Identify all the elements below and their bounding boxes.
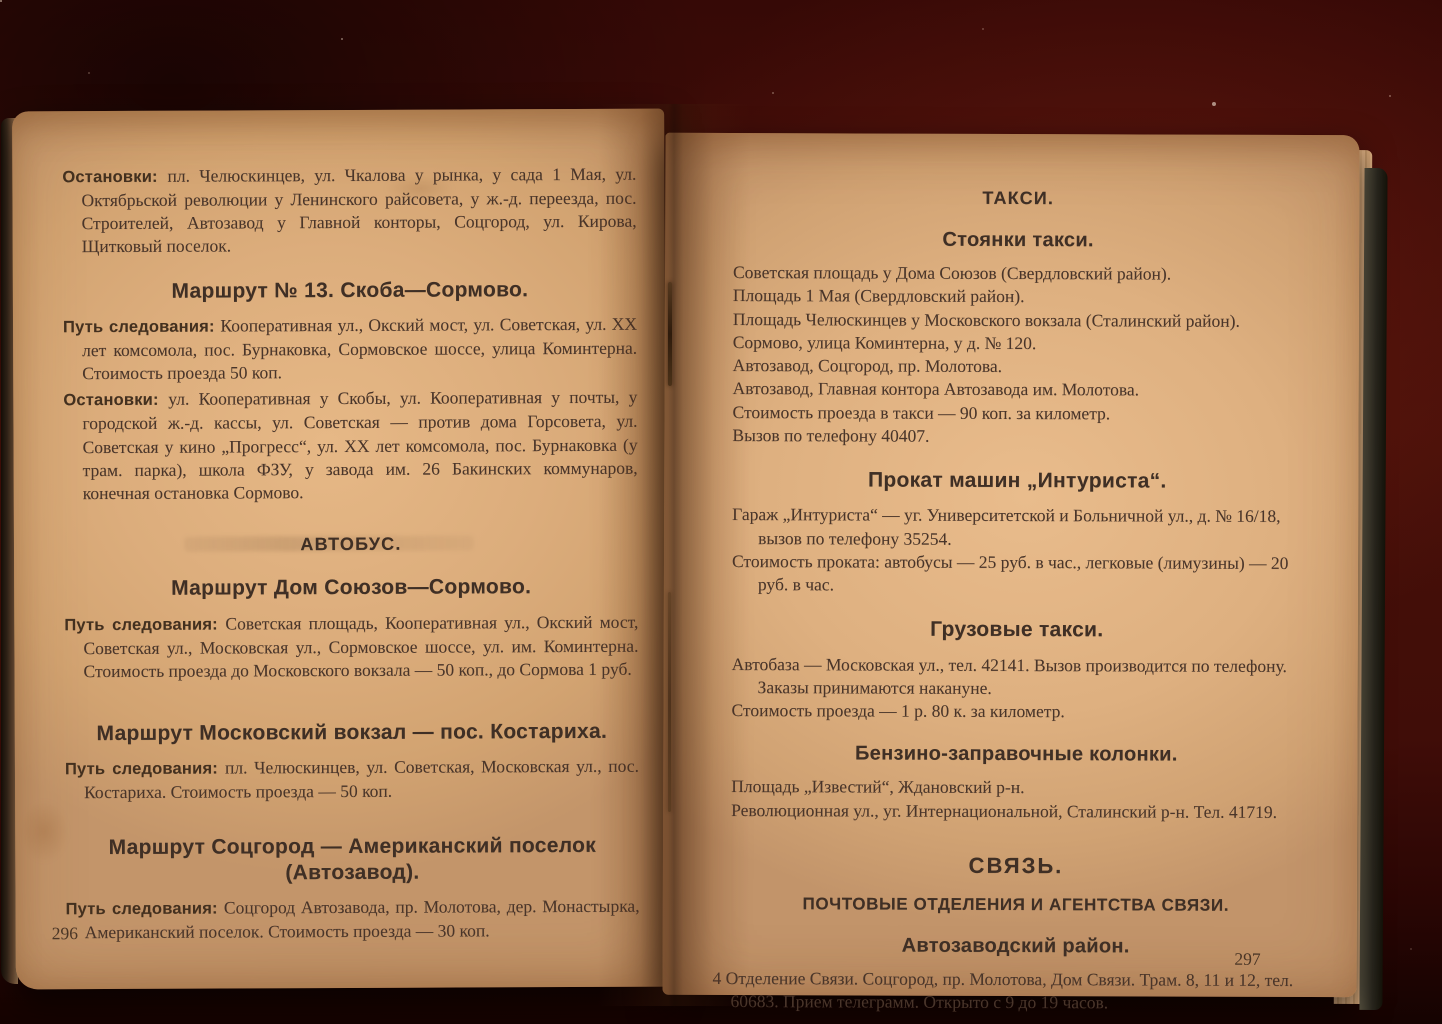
paragraph-text: Гараж „Интуриста“ — уг. Университетской … [732,504,1280,548]
heading: Маршрут № 13. Скоба—Сормово. [63,276,637,305]
paragraph: Путь следования: Кооперативная ул., Окск… [63,313,637,386]
paragraph-text: Революционная ул., уг. Интернациональной… [731,800,1277,822]
entry-number: 4 [713,968,726,988]
paragraph-text: Стоимость проката: автобусы — 25 руб. в … [732,551,1288,595]
paragraph-text: Стоимость проезда — 1 р. 80 к. за киломе… [731,700,1064,721]
list-entry: Площадь 1 Мая (Свердловский район). [733,284,1303,309]
heading: ПОЧТОВЫЕ ОТДЕЛЕНИЯ И АГЕНТСТВА СВЯЗИ. [731,894,1301,916]
heading: Бензино-заправочные колонки. [731,743,1301,768]
paragraph-text: Вызов по телефону 40407. [732,425,929,446]
page-number-right: 297 [1234,949,1260,970]
numbered-entry: 4 Отделение Связи. Соцгород, пр. Молотов… [712,967,1300,1016]
heading: Грузовые такси. [732,616,1302,644]
binding-thread [668,592,671,812]
paragraph-text: Автозавод, Главная контора Автозавода им… [733,378,1140,399]
list-entry: Вызов по телефону 40407. [732,424,1302,449]
paper-stain [19,799,69,863]
heading: Маршрут Соцгород — Американский поселок … [65,832,639,887]
right-page-text-column: ТАКСИ.Стоянки такси.Советская площадь у … [730,187,1303,1016]
list-entry: Советская площадь у Дома Союзов (Свердло… [733,261,1303,286]
paragraph-text: Площадь „Известий“, Ждановский р-н. [731,777,1024,798]
list-entry: Гараж „Интуриста“ — уг. Университетской … [732,503,1302,552]
list-entry: Автозавод, Соцгород, пр. Молотова. [733,354,1303,379]
paragraph-text: Советская площадь у Дома Союзов (Свердло… [733,262,1171,284]
list-entry: Сормово, улица Коминтерна, у д. № 120. [733,331,1303,356]
list-entry: Площадь Челюскинцев у Московского вокзал… [733,308,1303,333]
heading: СВЯЗЬ. [731,852,1301,880]
paragraph-lead: Остановки: [63,391,168,409]
paragraph-text: Автобаза — Московская ул., тел. 42141. В… [732,654,1287,698]
heading: ТАКСИ. [733,187,1303,210]
paragraph-lead: Путь следования: [64,615,225,634]
binding-thread [668,282,672,386]
dust-specks [0,0,2,2]
heading: Стоянки такси. [733,228,1303,253]
paragraph-text: Площадь Челюскинцев у Московского вокзал… [733,309,1240,331]
list-entry: Стоимость проката: автобусы — 25 руб. в … [732,550,1302,599]
paragraph: Остановки: ул. Кооперативная у Скобы, ул… [63,386,638,506]
list-entry: Автобаза — Московская ул., тел. 42141. В… [732,653,1302,702]
left-page: Остановки: пл. Челюскинцев, ул. Чкалова … [12,109,668,990]
paragraph: Путь следования: пл. Челюскинцев, ул. Со… [65,755,639,805]
paragraph-text: Отделение Связи. Соцгород, пр. Молотова,… [726,968,1294,1013]
heading: Маршрут Московский вокзал — пос. Костари… [65,719,639,748]
heading: Автозаводский район. [731,934,1301,959]
page-number-left: 296 [52,923,78,944]
paragraph-text: Сормово, улица Коминтерна, у д. № 120. [733,332,1037,353]
right-cover-edge [1359,168,1387,1010]
paragraph: Путь следования: Соцгород Автозавода, пр… [66,895,640,945]
list-entry: Стоимость проезда в такси — 90 коп. за к… [732,401,1302,426]
paragraph-text: Автозавод, Соцгород, пр. Молотова. [733,355,1002,376]
right-page: ТАКСИ.Стоянки такси.Советская площадь у … [662,133,1359,997]
list-entry: Площадь „Известий“, Ждановский р-н. [731,776,1301,801]
list-entry: Автозавод, Главная контора Автозавода им… [733,377,1303,402]
list-entry: Стоимость проезда — 1 р. 80 к. за киломе… [731,699,1301,724]
paragraph-lead: Путь следования: [66,900,224,919]
paragraph-lead: Путь следования: [65,760,225,779]
left-page-text-column: Остановки: пл. Челюскинцев, ул. Чкалова … [62,163,639,948]
paragraph-lead: Путь следования: [63,318,220,337]
heading: Прокат машин „Интуриста“. [732,467,1302,495]
book-spread: Остановки: пл. Челюскинцев, ул. Чкалова … [0,0,1442,1024]
heading: Маршрут Дом Союзов—Сормово. [64,574,638,603]
paragraph-lead: Остановки: [62,168,167,186]
paragraph: Остановки: пл. Челюскинцев, ул. Чкалова … [62,163,636,259]
heading: АВТОБУС. [64,533,638,557]
paragraph-text: Стоимость проезда в такси — 90 коп. за к… [732,402,1110,423]
paragraph: Путь следования: Советская площадь, Кооп… [64,610,638,683]
paragraph-text: Площадь 1 Мая (Свердловский район). [733,285,1025,306]
list-entry: Революционная ул., уг. Интернациональной… [731,799,1301,824]
